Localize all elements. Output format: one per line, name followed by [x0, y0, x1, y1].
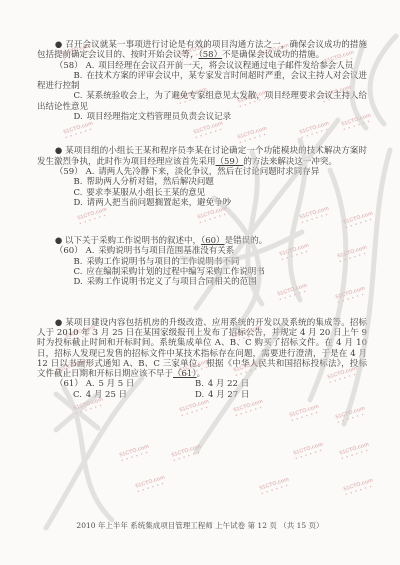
- red-watermark: 51CTO.com● ● ● ● ● ●: [135, 476, 167, 495]
- red-watermark: 51CTO.com● ● ● ● ● ●: [233, 400, 265, 419]
- red-watermark: 51CTO.com● ● ● ● ● ●: [339, 443, 371, 462]
- question-58-option-d: D.项目经理指定文档管理员负责会议记录: [37, 112, 367, 122]
- question-59: ● 某项目组的小组长王某和程序员李某在讨论确定一个功能模块的技术解决方案时发生激…: [37, 146, 367, 208]
- bullet-icon: ●: [55, 40, 63, 50]
- question-60-option-b: B.采购工作说明书与项目的工作说明书不同: [37, 257, 367, 267]
- blank-61: （61）: [173, 369, 197, 379]
- question-58-option-a: （58）A.项目经理在会议召开前一天，将会议议程通过电子邮件发给参会人员: [37, 61, 367, 71]
- red-watermark: 51CTO.com● ● ● ● ● ●: [293, 443, 325, 462]
- red-watermark: 51CTO.com● ● ● ● ● ●: [335, 407, 367, 426]
- red-watermark: 51CTO.com● ● ● ● ● ●: [179, 400, 211, 419]
- question-61-options-cd: C.4 月 25 日D.4 月 27 日: [37, 390, 367, 400]
- question-59-option-b: B.帮助两人分析对错，然后解决问题: [37, 177, 367, 187]
- question-58: ● 召开会议就某一事项进行讨论是有效的项目沟通方法之一，确保会议成功的措施包括提…: [37, 40, 367, 122]
- red-watermark: 51CTO.com● ● ● ● ● ●: [259, 478, 291, 497]
- page-footer: 2010 年上半年 系统集成项目管理工程师 上午试卷 第 12 页 （共 15 …: [0, 520, 400, 531]
- bullet-icon: ●: [55, 318, 63, 328]
- exam-page-content: ● 召开会议就某一事项进行讨论是有效的项目沟通方法之一，确保会议成功的措施包括提…: [37, 40, 367, 400]
- question-60-option-d: D.采购工作说明书定义了与项目合同相关的范围: [37, 277, 367, 287]
- question-60-option-a: （60）A.采购说明书与项目范围基准没有关系: [37, 246, 367, 256]
- blank-60: （60）: [201, 236, 225, 246]
- question-59-option-c: C.要求李某服从小组长王某的意见: [37, 188, 367, 198]
- bullet-icon: ●: [55, 236, 62, 246]
- question-61: ● 某项目建设内容包括机房的升级改造、应用系统的开发以及系统的集成等。招标人于 …: [37, 318, 367, 400]
- question-60-stem: ● 以下关于采购工作说明书的叙述中，（60）是错误的。: [37, 236, 367, 246]
- question-58-option-c: C.某系统验收会上，为了避免专家组意见太发散，项目经理要求会议主持人给出结论性意…: [37, 91, 367, 112]
- red-watermark: 51CTO.com● ● ● ● ● ●: [171, 445, 203, 464]
- red-watermark: 51CTO.com● ● ● ● ● ●: [289, 405, 321, 424]
- question-59-option-a: （59）A.请两人先冷静下来，淡化争议，然后在讨论问题时求同存异: [37, 167, 367, 177]
- question-58-option-b: B.在技术方案的评审会议中，某专家发言时间超时严重，会议主持人对会议进程进行控制: [37, 71, 367, 92]
- question-59-option-d: D.请两人把当前问题搁置起来，避免争吵: [37, 198, 367, 208]
- question-59-stem: ● 某项目组的小组长王某和程序员李某在讨论确定一个功能模块的技术解决方案时发生激…: [37, 146, 367, 167]
- question-60: ● 以下关于采购工作说明书的叙述中，（60）是错误的。 （60）A.采购说明书与…: [37, 236, 367, 287]
- blank-59: （59）: [216, 157, 244, 167]
- question-61-options-ab: （61）A.5 月 5 日B.4 月 22 日: [37, 379, 367, 389]
- red-watermark: 51CTO.com● ● ● ● ● ●: [119, 445, 151, 464]
- question-58-stem: ● 召开会议就某一事项进行讨论是有效的项目沟通方法之一，确保会议成功的措施包括提…: [37, 40, 367, 61]
- red-watermark: 51CTO.com● ● ● ● ● ●: [343, 479, 375, 498]
- bullet-icon: ●: [55, 146, 63, 156]
- question-61-stem: ● 某项目建设内容包括机房的升级改造、应用系统的开发以及系统的集成等。招标人于 …: [37, 318, 367, 380]
- red-watermark: 51CTO.com● ● ● ● ● ●: [73, 398, 105, 417]
- blank-58: （58）: [199, 50, 223, 60]
- question-60-option-c: C.应在编制采购计划的过程中编写采购工作说明书: [37, 267, 367, 277]
